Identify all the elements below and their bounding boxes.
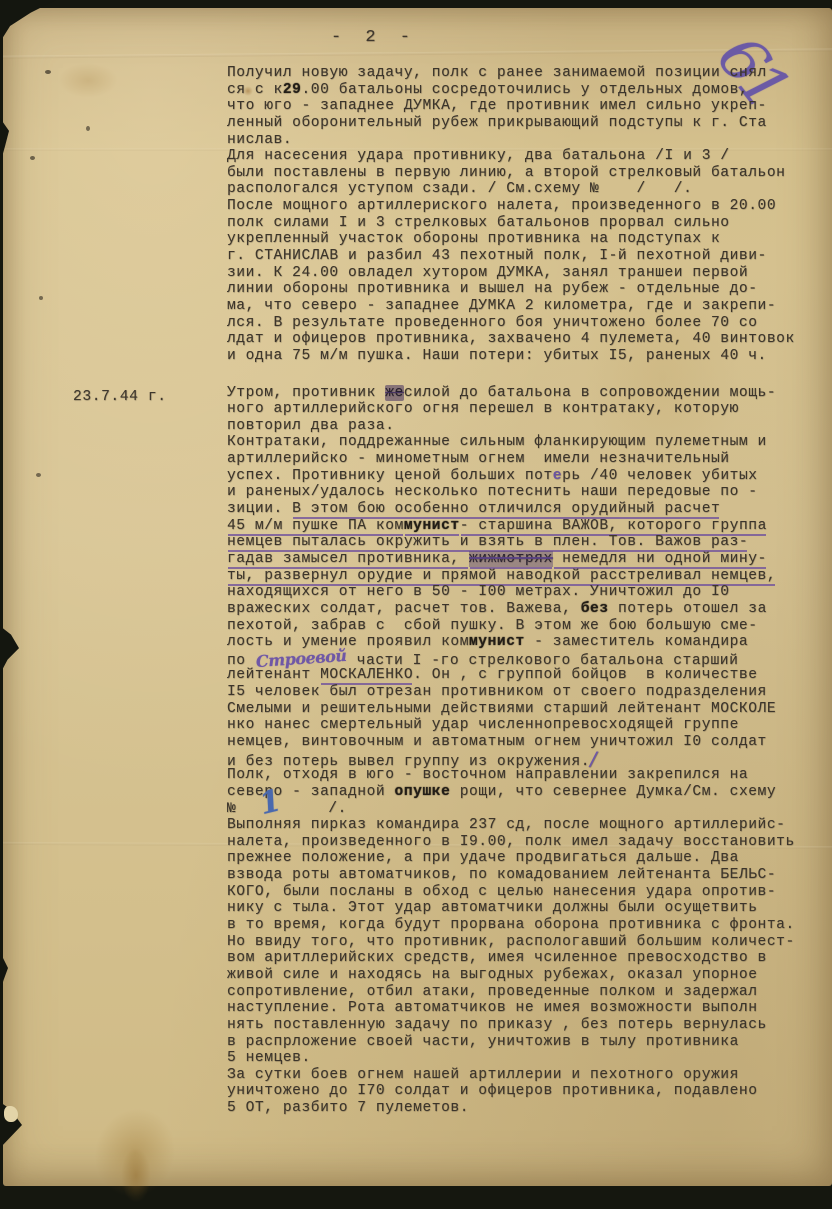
- typewritten-segment: 45 м/м пушке ПА ком: [227, 518, 404, 534]
- typewritten-segment: лся. В результате проведенного боя уничт…: [227, 315, 758, 331]
- text-line: что юго - западнее ДУМКА, где противник …: [227, 98, 832, 115]
- typewritten-segment: в то время, когда будут прорвана оборона…: [227, 917, 795, 933]
- text-line: За сутки боев огнем нашей артиллерии и п…: [227, 1067, 832, 1084]
- typewritten-segment: /.: [291, 801, 347, 817]
- typewritten-segment: рь /40 человек убитых: [562, 468, 757, 484]
- typewritten-segment: находящихся от него в 50 - I00 метрах. У…: [227, 584, 730, 600]
- typewritten-segment: - заместитель командира: [525, 634, 748, 650]
- text-line: и одна 75 м/м пушка. Наши потери: убитых…: [227, 348, 832, 365]
- typewritten-segment: гадав замысел противника,: [227, 551, 469, 567]
- text-line: Для насесения удара противнику, два бата…: [227, 148, 832, 165]
- typewritten-segment: нислав.: [227, 132, 292, 148]
- typewritten-segment: и одна 75 м/м пушка. Наши потери: убитых…: [227, 348, 767, 364]
- typewritten-segment: что юго - западнее ДУМКА, где противник …: [227, 98, 767, 114]
- typewritten-segment: силой до батальона в сопровождении мощь-: [404, 385, 776, 401]
- typewritten-segment: е: [553, 468, 562, 484]
- typewritten-segment: I5 человек был отрезан противником от св…: [227, 684, 767, 700]
- text-line: немцев пыталась окружить и взять в плен.…: [227, 534, 832, 551]
- text-line: полк силами I и 3 стрелковых батальонов …: [227, 215, 832, 232]
- typewritten-segment: вражеских солдат, расчет тов. Важева,: [227, 601, 581, 617]
- text-line: Но ввиду того, что противник, распологав…: [227, 934, 832, 951]
- typewritten-segment: ты, развернул орудие и прямой наводкой р…: [227, 568, 776, 584]
- stain: [121, 1148, 151, 1200]
- typewritten-segment: немедля ни одной мину-: [553, 551, 767, 567]
- text-line: успех. Противнику ценой больших потерь /…: [227, 468, 832, 485]
- typewritten-segment: артиллерийско - минометным огнем имели н…: [227, 451, 730, 467]
- typewritten-segment: зии. К 24.00 овладел хутором ДУМКА, заня…: [227, 265, 748, 281]
- typewritten-segment: нять поставленную задачу по приказу , бе…: [227, 1017, 767, 1033]
- typewritten-segment: МОСКАЛЕНКО: [320, 667, 413, 683]
- text-line: Смелыми и решительными действиями старши…: [227, 701, 832, 718]
- text-line: ного артиллерийского огня перешел в конт…: [227, 401, 832, 418]
- text-line: линии обороны противника и вышел на рубе…: [227, 281, 832, 298]
- paragraph: Получил новую задачу, полк с ранее заним…: [227, 65, 832, 148]
- typewritten-segment: ного артиллерийского огня перешел в конт…: [227, 401, 739, 417]
- text-line: сопротивление, отбил атаки, проведенные …: [227, 984, 832, 1001]
- text-line: уничтожено до I70 солдат и офицеров прот…: [227, 1083, 832, 1100]
- text-line: были поставлены в первую линию, а второй…: [227, 165, 832, 182]
- typewritten-segment: и раненых/удалось несколько потеснить на…: [227, 484, 758, 500]
- text-line: нять поставленную задачу по приказу , бе…: [227, 1017, 832, 1034]
- typewritten-segment: - старшина ВАЖОВ, которого группа: [460, 518, 767, 534]
- typewritten-segment: прежнее положение, а при удаче продвигат…: [227, 850, 739, 866]
- pin-hole: [36, 473, 41, 477]
- typewritten-segment: Смелыми и решительными действиями старши…: [227, 701, 776, 717]
- text-line: распологался уступом сзади. / См.схему №…: [227, 181, 832, 198]
- stain: [58, 63, 118, 98]
- text-line: вом аритллерийских средств, имея чсиленн…: [227, 950, 832, 967]
- text-line: гадав замысел противника, жижмотрях неме…: [227, 551, 832, 568]
- text-line: находящихся от него в 50 - I00 метрах. У…: [227, 584, 832, 601]
- text-line: нислав.: [227, 132, 832, 149]
- typewritten-segment: ма, что северо - западнее ДУМКА 2 киломе…: [227, 298, 776, 314]
- typewritten-segment: немцев пыталась окружить и взять в плен.…: [227, 534, 748, 550]
- margin-date: 23.7.44 г.: [73, 389, 167, 405]
- typewritten-segment: КОГО, были посланы в обход с целью нанес…: [227, 884, 776, 900]
- text-line: Контратаки, поддрежанные сильным фланкир…: [227, 434, 832, 451]
- paragraph: Контратаки, поддрежанные сильным фланкир…: [227, 434, 832, 767]
- typewritten-text: Получил новую задачу, полк с ранее заним…: [227, 65, 832, 1117]
- paragraph: Утром, противник жесилой до батальона в …: [227, 385, 832, 435]
- typewritten-segment: распологался уступом сзади. / См.схему №…: [227, 181, 692, 197]
- typewritten-segment: пехотой, забрав с сбой пушку. В этом же …: [227, 618, 758, 634]
- text-line: Утром, противник жесилой до батальона в …: [227, 385, 832, 402]
- text-line: северо - западной опушке рощи, что север…: [227, 784, 832, 801]
- text-line: зиции. В этом бою особенно отличился ору…: [227, 501, 832, 518]
- typewritten-segment: После мощного артиллериского налета, про…: [227, 198, 776, 214]
- typewritten-segment: Выполняя пирказ командира 237 сд, после …: [227, 817, 785, 833]
- text-line: 5 ОТ, разбито 7 пулеметов.: [227, 1100, 832, 1117]
- text-line: лдат и офицеров противника, захвачено 4 …: [227, 331, 832, 348]
- typewritten-segment: мунист: [469, 634, 525, 650]
- typewritten-segment: 29: [283, 82, 302, 98]
- paper-crease: [3, 48, 832, 58]
- typewritten-segment: опушке: [395, 784, 451, 800]
- text-line: в распрложение своей части, уничтожив в …: [227, 1034, 832, 1051]
- typewritten-segment: успех. Противнику ценой больших пот: [227, 468, 553, 484]
- typewritten-segment: налета, произведенного в I9.00, полк име…: [227, 834, 795, 850]
- text-line: живой силе и находясь на выгодных рубежа…: [227, 967, 832, 984]
- page-number: - 2 -: [331, 28, 417, 47]
- typewritten-segment: №: [227, 801, 246, 817]
- typewritten-segment: г. СТАНИСЛАВ и разбил 43 пехотный полк, …: [227, 248, 767, 264]
- text-line: I5 человек был отрезан противником от св…: [227, 684, 832, 701]
- typewritten-segment: лдат и офицеров противника, захвачено 4 …: [227, 331, 795, 347]
- text-line: и без потерь вывел группу из окружения./: [227, 751, 832, 768]
- typewritten-segment: . Он , с группой бойцов в количестве: [413, 667, 757, 683]
- text-line: взвода роты автоматчиков, по комадование…: [227, 867, 832, 884]
- stain: [82, 1097, 188, 1200]
- typewritten-segment: лость и умение проявил ком: [227, 634, 469, 650]
- text-line: нко нанес смертельный удар численнопрево…: [227, 717, 832, 734]
- text-line: 45 м/м пушке ПА коммунист- старшина ВАЖО…: [227, 518, 832, 535]
- typewritten-segment: полк силами I и 3 стрелковых батальонов …: [227, 215, 730, 231]
- typewritten-segment: нко нанес смертельный удар численнопрево…: [227, 717, 739, 733]
- document-page: - 2 - 61 23.7.44 г. Получил новую задачу…: [3, 8, 832, 1186]
- typewritten-segment: сопротивление, отбил атаки, проведенные …: [227, 984, 758, 1000]
- pin-hole: [39, 296, 43, 300]
- text-line: по Строевой части I -го стрелкового бата…: [227, 651, 832, 668]
- typewritten-segment: линии обороны противника и вышел на рубе…: [227, 281, 758, 297]
- typewritten-segment: взвода роты автоматчиков, по комадование…: [227, 867, 776, 883]
- text-line: немцев, винтовочным и автоматным огнем у…: [227, 734, 832, 751]
- pin-hole: [86, 126, 90, 131]
- typewritten-segment: Но ввиду того, что противник, распологав…: [227, 934, 795, 950]
- text-line: Полк, отходя в юго - восточном направлен…: [227, 767, 832, 784]
- typewritten-segment: живой силе и находясь на выгодных рубежа…: [227, 967, 758, 983]
- text-line: артиллерийско - минометным огнем имели н…: [227, 451, 832, 468]
- typewritten-segment: ленный оборонительный рубеж прикрывающий…: [227, 115, 767, 131]
- typewritten-segment: жижмотрях: [469, 551, 553, 567]
- typewritten-segment: нику с тыла. Этот удар автоматчики должн…: [227, 900, 758, 916]
- text-line: 5 немцев.: [227, 1050, 832, 1067]
- typewritten-segment: рощи, что севернее Думка/См. схему: [450, 784, 776, 800]
- typewritten-segment: мунист: [404, 518, 460, 534]
- paragraph: После мощного артиллериского налета, про…: [227, 198, 832, 364]
- text-line: Выполняя пирказ командира 237 сд, после …: [227, 817, 832, 834]
- text-line: наступление. Рота автоматчиков не имея в…: [227, 1000, 832, 1017]
- text-line: налета, произведенного в I9.00, полк име…: [227, 834, 832, 851]
- paragraph: Полк, отходя в юго - восточном направлен…: [227, 767, 832, 817]
- typewritten-segment: В этом бою особенно отличился орудийный …: [292, 501, 720, 517]
- text-line: прежнее положение, а при удаче продвигат…: [227, 850, 832, 867]
- typewritten-segment: .00 батальоны сосредоточились у отдельны…: [301, 82, 748, 98]
- pin-hole: [45, 70, 51, 74]
- text-line: ленный оборонительный рубеж прикрывающий…: [227, 115, 832, 132]
- text-line: зии. К 24.00 овладел хутором ДУМКА, заня…: [227, 265, 832, 282]
- typewritten-segment: Получил новую задачу, полк с ранее заним…: [227, 65, 767, 81]
- text-line: укрепленный участок обороны противника н…: [227, 231, 832, 248]
- typewritten-segment: в распрложение своей части, уничтожив в …: [227, 1034, 739, 1050]
- text-line: и раненых/удалось несколько потеснить на…: [227, 484, 832, 501]
- typewritten-segment: потерь отошел за: [609, 601, 767, 617]
- text-line: лся. В результате проведенного боя уничт…: [227, 315, 832, 332]
- text-line: пехотой, забрав с сбой пушку. В этом же …: [227, 618, 832, 635]
- typewritten-segment: Полк, отходя в юго - восточном направлен…: [227, 767, 748, 783]
- text-line: ся с к29.00 батальоны сосредоточились у …: [227, 82, 832, 99]
- typewritten-segment: укрепленный участок обороны противника н…: [227, 231, 720, 247]
- typewritten-segment: 5 ОТ, разбито 7 пулеметов.: [227, 1100, 469, 1116]
- typewritten-segment: без: [581, 601, 609, 617]
- text-line: ма, что северо - западнее ДУМКА 2 киломе…: [227, 298, 832, 315]
- typewritten-segment: За сутки боев огнем нашей артиллерии и п…: [227, 1067, 739, 1083]
- typewritten-segment: повторил два раза.: [227, 418, 395, 434]
- typewritten-segment: наступление. Рота автоматчиков не имея в…: [227, 1000, 758, 1016]
- typewritten-segment: были поставлены в первую линию, а второй…: [227, 165, 785, 181]
- text-line: повторил два раза.: [227, 418, 832, 435]
- text-line: ты, развернул орудие и прямой наводкой р…: [227, 568, 832, 585]
- typewritten-segment: ся с к: [227, 82, 283, 98]
- text-line: После мощного артиллериского налета, про…: [227, 198, 832, 215]
- text-line: вражеских солдат, расчет тов. Важева, бе…: [227, 601, 832, 618]
- text-line: лейтенант МОСКАЛЕНКО. Он , с группой бой…: [227, 667, 832, 684]
- text-line: в то время, когда будут прорвана оборона…: [227, 917, 832, 934]
- text-line: № 1 /.: [227, 801, 832, 818]
- text-line: нику с тыла. Этот удар автоматчики должн…: [227, 900, 832, 917]
- paragraph: Выполняя пирказ командира 237 сд, после …: [227, 817, 832, 1067]
- typewritten-segment: Контратаки, поддрежанные сильным фланкир…: [227, 434, 767, 450]
- paragraph: Для насесения удара противнику, два бата…: [227, 148, 832, 198]
- typewritten-segment: 5 немцев.: [227, 1050, 311, 1066]
- text-line: Получил новую задачу, полк с ранее заним…: [227, 65, 832, 82]
- typewritten-segment: зиции.: [227, 501, 292, 517]
- typewritten-segment: Для насесения удара противнику, два бата…: [227, 148, 730, 164]
- typewritten-segment: же: [385, 385, 404, 401]
- typewritten-segment: вом аритллерийских средств, имея чсиленн…: [227, 950, 767, 966]
- paragraph: За сутки боев огнем нашей артиллерии и п…: [227, 1067, 832, 1117]
- typewritten-segment: немцев, винтовочным и автоматным огнем у…: [227, 734, 767, 750]
- pin-hole: [30, 156, 35, 160]
- text-line: КОГО, были посланы в обход с целью нанес…: [227, 884, 832, 901]
- text-line: г. СТАНИСЛАВ и разбил 43 пехотный полк, …: [227, 248, 832, 265]
- typewritten-segment: северо - западной: [227, 784, 395, 800]
- typewritten-segment: Утром, противник: [227, 385, 385, 401]
- typewritten-segment: уничтожено до I70 солдат и офицеров прот…: [227, 1083, 758, 1099]
- handwritten-annotation: 1: [260, 800, 281, 805]
